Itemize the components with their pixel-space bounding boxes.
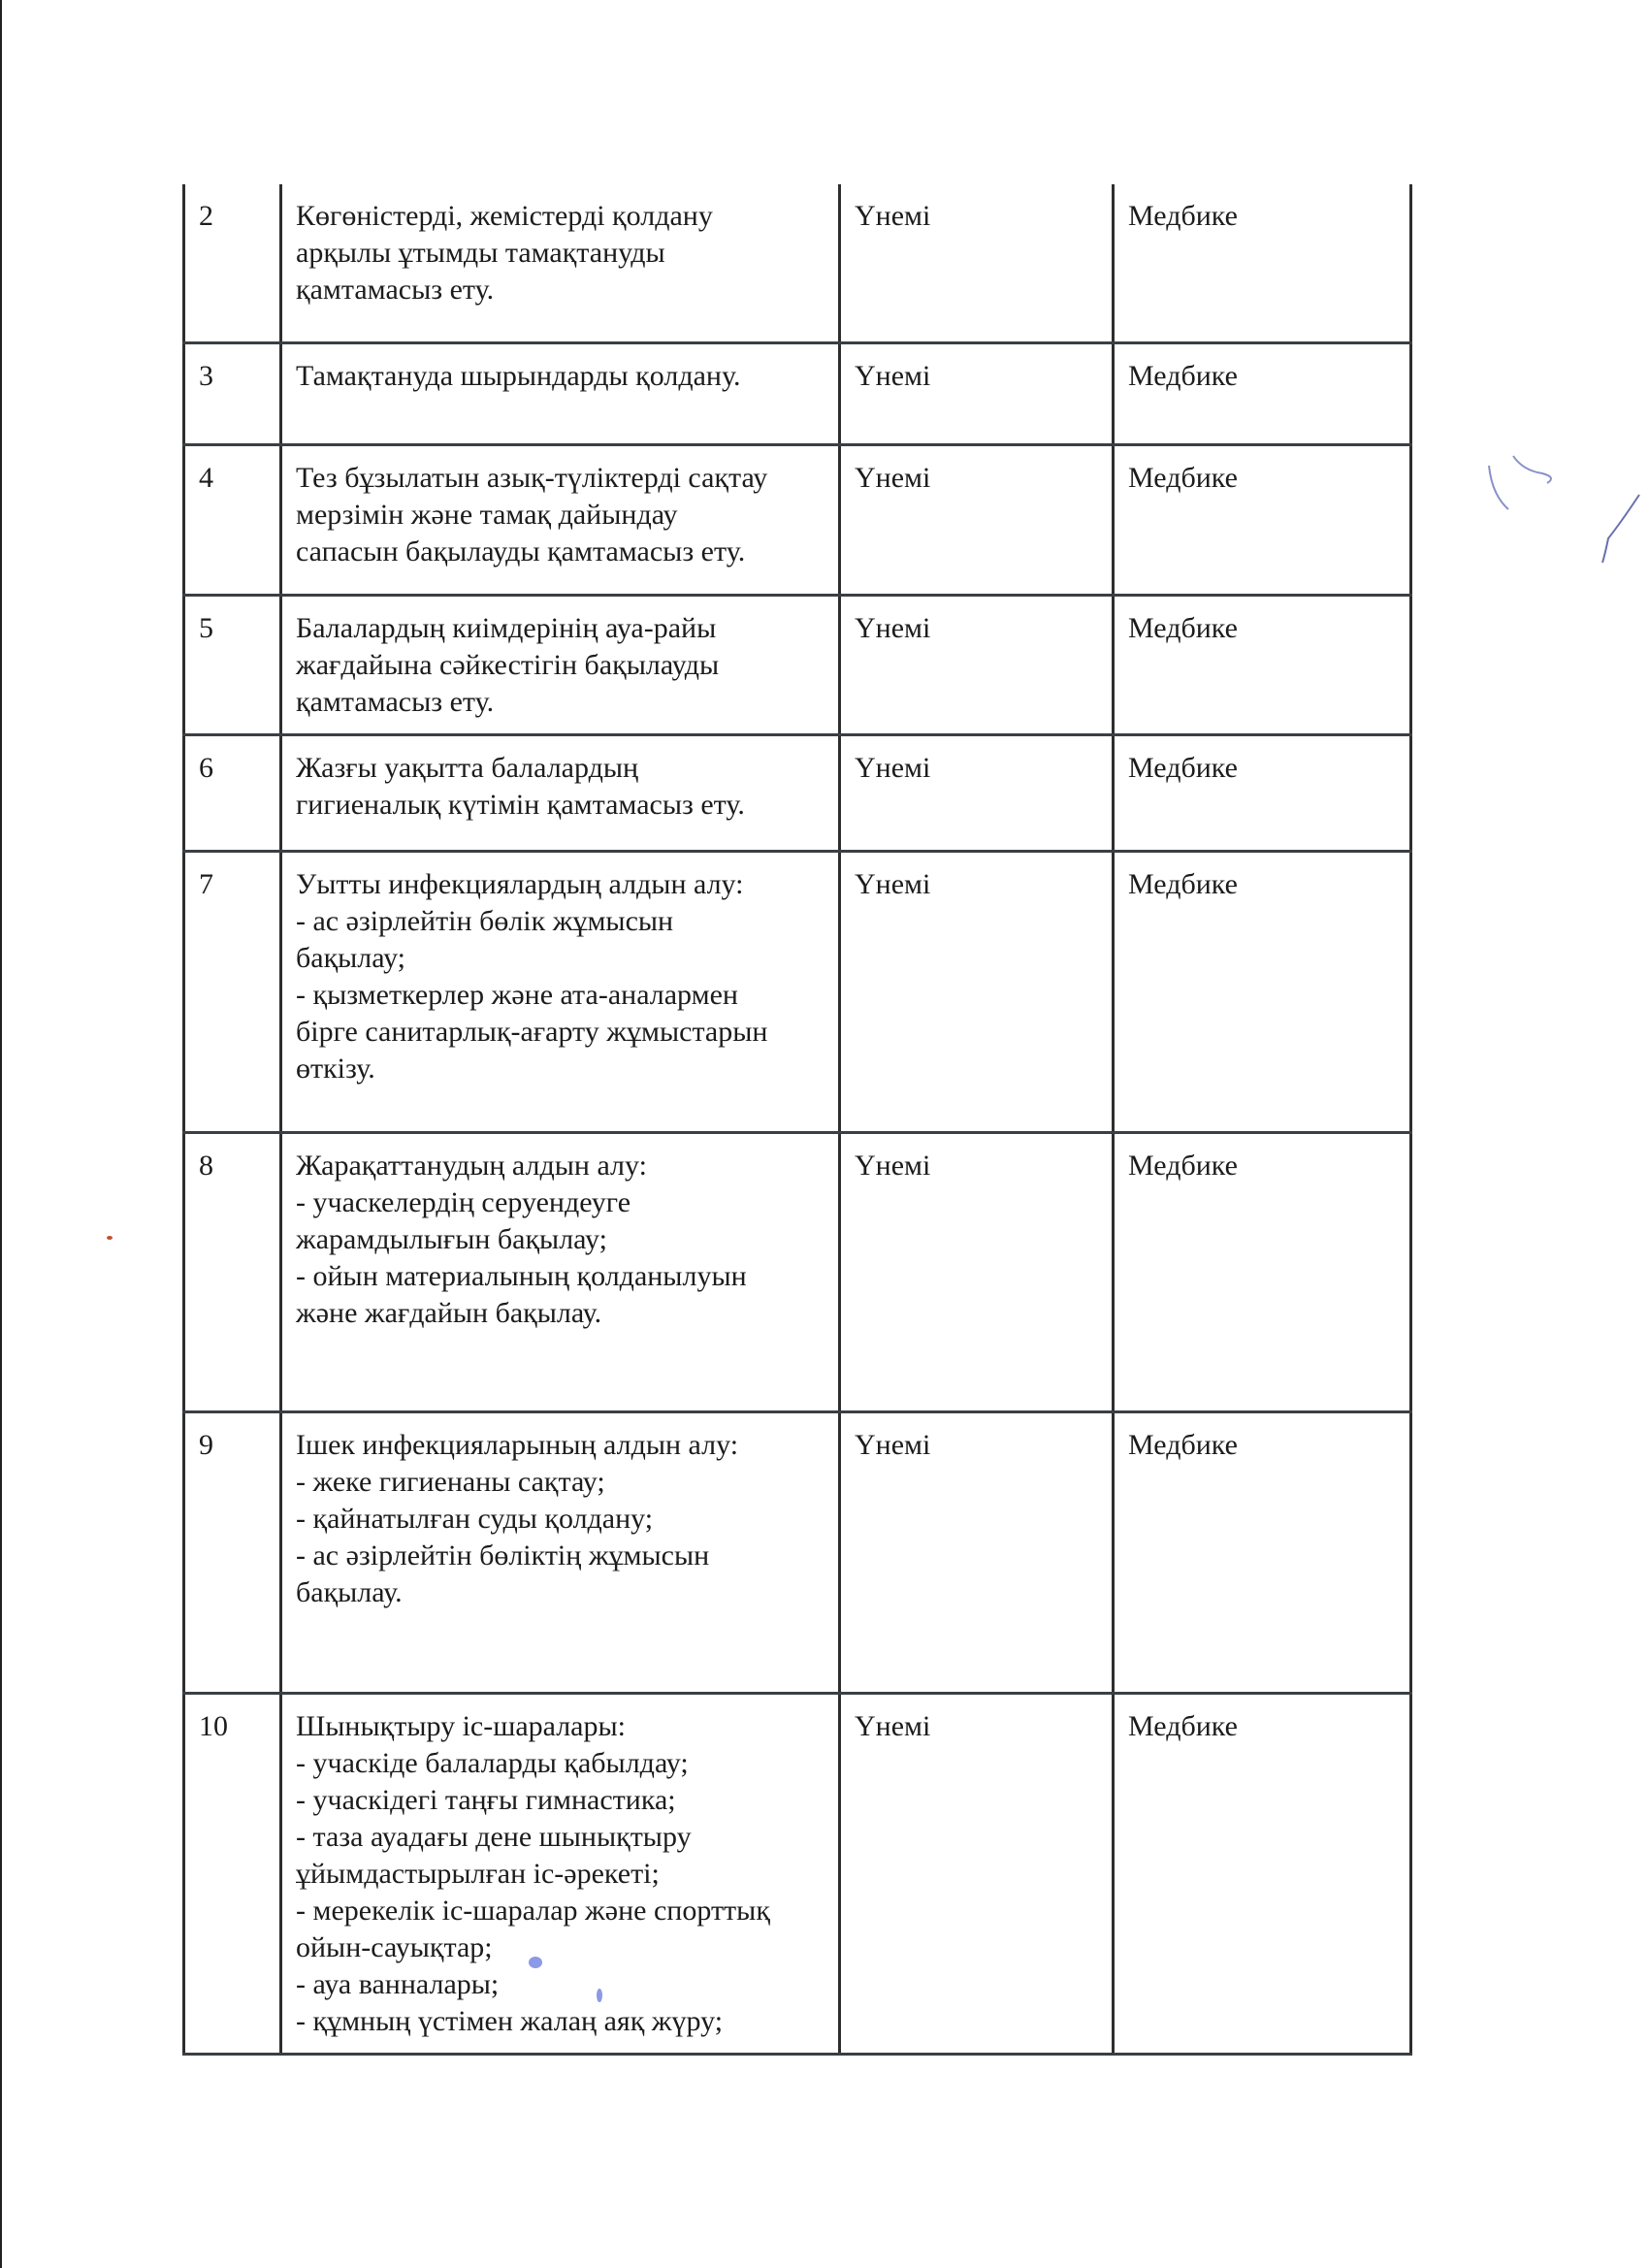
row-number-cell: 6 xyxy=(184,734,281,851)
responsible-cell: Медбике xyxy=(1114,1132,1411,1411)
activity-line: өткізу. xyxy=(296,1051,824,1087)
frequency-cell: Үнемі xyxy=(840,734,1114,851)
activity-cell: Жазғы уақытта балалардыңгигиеналық күтім… xyxy=(281,734,840,851)
table-row: 10Шынықтыру іс-шаралары:- учаскіде балал… xyxy=(184,1693,1411,2054)
activity-line: қамтамасыз ету. xyxy=(296,272,824,308)
activity-line: - мерекелік іс-шаралар және спорттық xyxy=(296,1893,824,1929)
responsible-cell: Медбике xyxy=(1114,595,1411,734)
pen-stroke-mark xyxy=(1484,437,1649,582)
activity-line: Ішек инфекцияларының алдын алу: xyxy=(296,1427,824,1464)
row-number-cell: 10 xyxy=(184,1693,281,2054)
activity-line: - таза ауадағы дене шынықтыру xyxy=(296,1819,824,1856)
activity-line: ұйымдастырылған іс-әрекеті; xyxy=(296,1856,824,1893)
activity-line: - қайнатылған суды қолдану; xyxy=(296,1501,824,1538)
frequency-cell: Үнемі xyxy=(840,851,1114,1132)
activity-line: Көгөністерді, жемістерді қолдану xyxy=(296,198,824,235)
responsible-cell: Медбике xyxy=(1114,184,1411,342)
table-row: 7Уытты инфекциялардың алдын алу:- ас әзі… xyxy=(184,851,1411,1132)
row-number-cell: 5 xyxy=(184,595,281,734)
activity-cell: Көгөністерді, жемістерді қолдануарқылы ұ… xyxy=(281,184,840,342)
activity-line: және жағдайын бақылау. xyxy=(296,1295,824,1332)
responsible-cell: Медбике xyxy=(1114,734,1411,851)
table-row: 8Жарақаттанудың алдын алу:- учаскелердің… xyxy=(184,1132,1411,1411)
activity-line: қамтамасыз ету. xyxy=(296,684,824,721)
activity-line: - учаскелердің серуендеуге xyxy=(296,1184,824,1221)
activity-line: - қызметкерлер және ата-аналармен xyxy=(296,977,824,1014)
activity-line: Тамақтануда шырындарды қолдану. xyxy=(296,358,824,395)
table-row: 6Жазғы уақытта балалардыңгигиеналық күті… xyxy=(184,734,1411,851)
activity-line: бірге санитарлық-ағарту жұмыстарын xyxy=(296,1014,824,1051)
table-row: 5Балалардың киімдерінің ауа-райыжағдайын… xyxy=(184,595,1411,734)
scan-dot xyxy=(107,1236,113,1240)
responsible-cell: Медбике xyxy=(1114,851,1411,1132)
row-number-cell: 2 xyxy=(184,184,281,342)
activity-cell: Ішек инфекцияларының алдын алу:- жеке ги… xyxy=(281,1411,840,1693)
activity-line: - жеке гигиенаны сақтау; xyxy=(296,1464,824,1501)
activity-cell: Жарақаттанудың алдын алу:- учаскелердің … xyxy=(281,1132,840,1411)
activity-cell: Тамақтануда шырындарды қолдану. xyxy=(281,342,840,444)
activity-cell: Шынықтыру іс-шаралары:- учаскіде балалар… xyxy=(281,1693,840,2054)
activity-line: - құмның үстімен жалаң аяқ жүру; xyxy=(296,2003,824,2040)
row-number-cell: 7 xyxy=(184,851,281,1132)
frequency-cell: Үнемі xyxy=(840,1411,1114,1693)
activity-line: Балалардың киімдерінің ауа-райы xyxy=(296,610,824,647)
row-number-cell: 8 xyxy=(184,1132,281,1411)
scan-page-edge xyxy=(0,0,2,2268)
activity-line: - учаскіде балаларды қабылдау; xyxy=(296,1745,824,1782)
activity-line: жарамдылығын бақылау; xyxy=(296,1221,824,1258)
activity-line: Жарақаттанудың алдын алу: xyxy=(296,1148,824,1184)
row-number-cell: 3 xyxy=(184,342,281,444)
activity-cell: Уытты инфекциялардың алдын алу:- ас әзір… xyxy=(281,851,840,1132)
activity-line: ойын-сауықтар; xyxy=(296,1929,824,1966)
responsible-cell: Медбике xyxy=(1114,1411,1411,1693)
responsible-cell: Медбике xyxy=(1114,342,1411,444)
table-body: 2Көгөністерді, жемістерді қолдануарқылы … xyxy=(184,184,1411,2054)
activity-line: бақылау. xyxy=(296,1574,824,1611)
table-row: 4Тез бұзылатын азық-түліктерді сақтаумер… xyxy=(184,444,1411,595)
frequency-cell: Үнемі xyxy=(840,342,1114,444)
activity-line: - ауа ванналары; xyxy=(296,1966,824,2003)
ink-blot xyxy=(597,1989,602,2002)
row-number-cell: 9 xyxy=(184,1411,281,1693)
activity-line: - ас әзірлейтін бөліктің жұмысын xyxy=(296,1538,824,1574)
frequency-cell: Үнемі xyxy=(840,595,1114,734)
activity-line: - ойын материалының қолданылуын xyxy=(296,1258,824,1295)
activity-cell: Балалардың киімдерінің ауа-райыжағдайына… xyxy=(281,595,840,734)
table-row: 9Ішек инфекцияларының алдын алу:- жеке г… xyxy=(184,1411,1411,1693)
activity-line: гигиеналық күтімін қамтамасыз ету. xyxy=(296,787,824,824)
activity-cell: Тез бұзылатын азық-түліктерді сақтаумерз… xyxy=(281,444,840,595)
frequency-cell: Үнемі xyxy=(840,1693,1114,2054)
activity-line: - учаскідегі таңғы гимнастика; xyxy=(296,1782,824,1819)
row-number-cell: 4 xyxy=(184,444,281,595)
activity-line: сапасын бақылауды қамтамасыз ету. xyxy=(296,534,824,570)
table-row: 3Тамақтануда шырындарды қолдану.ҮнеміМед… xyxy=(184,342,1411,444)
activity-line: жағдайына сәйкестігін бақылауды xyxy=(296,647,824,684)
frequency-cell: Үнемі xyxy=(840,184,1114,342)
activity-line: Уытты инфекциялардың алдын алу: xyxy=(296,866,824,903)
responsible-cell: Медбике xyxy=(1114,444,1411,595)
activity-line: Тез бұзылатын азық-түліктерді сақтау xyxy=(296,460,824,497)
activity-line: Шынықтыру іс-шаралары: xyxy=(296,1708,824,1745)
activity-plan-table: 2Көгөністерді, жемістерді қолдануарқылы … xyxy=(182,184,1412,2056)
frequency-cell: Үнемі xyxy=(840,1132,1114,1411)
activity-line: бақылау; xyxy=(296,940,824,977)
activity-line: Жазғы уақытта балалардың xyxy=(296,750,824,787)
ink-blot xyxy=(529,1957,542,1968)
responsible-cell: Медбике xyxy=(1114,1693,1411,2054)
activity-line: арқылы ұтымды тамақтануды xyxy=(296,235,824,272)
activity-line: мерзімін және тамақ дайындау xyxy=(296,497,824,534)
table-row: 2Көгөністерді, жемістерді қолдануарқылы … xyxy=(184,184,1411,342)
frequency-cell: Үнемі xyxy=(840,444,1114,595)
activity-line: - ас әзірлейтін бөлік жұмысын xyxy=(296,903,824,940)
